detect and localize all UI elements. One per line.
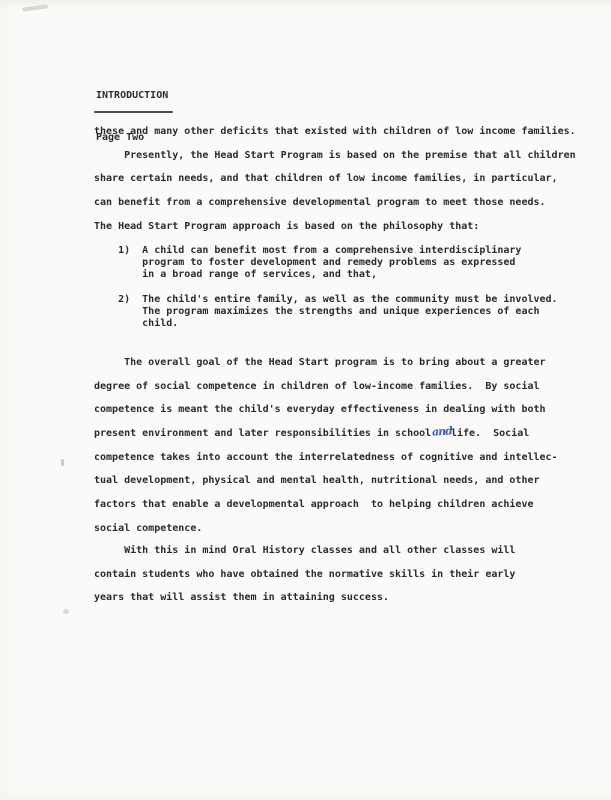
text-line: competence is meant the child's everyday… (94, 398, 558, 422)
handwritten-annotation-and: and (432, 426, 452, 437)
text-line: share certain needs, and that children o… (94, 167, 576, 191)
text-line: in a broad range of services, and that, (94, 269, 521, 281)
text-line: social competence. (94, 517, 558, 541)
text-line: program to foster development and remedy… (94, 257, 521, 269)
text-line: The overall goal of the Head Start progr… (94, 351, 558, 375)
text-line: competence takes into account the interr… (94, 446, 558, 470)
scan-speckle (22, 4, 48, 12)
scan-speckle (61, 459, 64, 466)
text-line: tual development, physical and mental he… (94, 469, 558, 493)
text-line: years that will assist them in attaining… (94, 586, 515, 610)
text-line: 2) The child's entire family, as well as… (94, 294, 558, 306)
text-line: degree of social competence in children … (94, 375, 558, 399)
paragraph-goal: The overall goal of the Head Start progr… (94, 351, 558, 540)
paragraph-closing: With this in mind Oral History classes a… (94, 539, 515, 610)
text-line: child. (94, 318, 558, 330)
text-line: With this in mind Oral History classes a… (94, 539, 515, 563)
text-line: 1) A child can benefit most from a compr… (94, 245, 521, 257)
document-title: INTRODUCTION (96, 89, 168, 103)
text-line: The program maximizes the strengths and … (94, 306, 558, 318)
text-line: these and many other deficits that exist… (94, 120, 576, 144)
text-segment: present environment and later responsibi… (94, 428, 431, 439)
numbered-list-item-1: 1) A child can benefit most from a compr… (94, 245, 521, 282)
text-line: contain students who have obtained the n… (94, 563, 515, 587)
text-segment: life. Social (451, 428, 529, 439)
numbered-list-item-2: 2) The child's entire family, as well as… (94, 294, 558, 331)
document-page: INTRODUCTION Page Two these and many oth… (0, 0, 611, 800)
text-line: Presently, the Head Start Program is bas… (94, 144, 576, 168)
paragraph-intro: these and many other deficits that exist… (94, 120, 576, 238)
text-line: can benefit from a comprehensive develop… (94, 191, 576, 215)
text-line: The Head Start Program approach is based… (94, 215, 576, 239)
scan-speckle (63, 609, 69, 614)
typed-underline-rule (94, 111, 173, 113)
text-line-with-annotation: present environment and later responsibi… (94, 422, 558, 446)
text-line: factors that enable a developmental appr… (94, 493, 558, 517)
